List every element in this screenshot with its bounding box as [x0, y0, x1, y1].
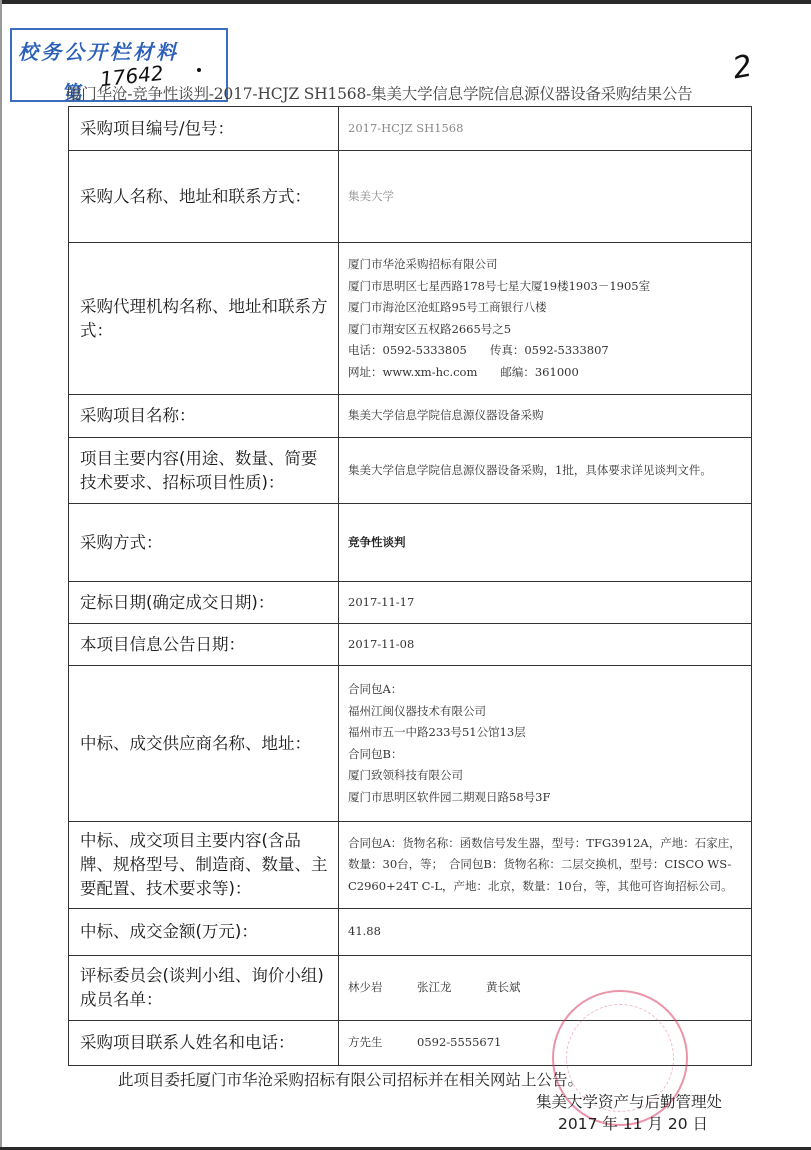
- agency-phone-fax: 电话：0592-5333805 传真：0592-5333807: [348, 340, 741, 362]
- package-b-label: 合同包B：: [348, 744, 741, 766]
- committee-members: 林少岩 张江龙 黄长斌: [339, 956, 752, 1021]
- agency-name: 厦门市华沧采购招标有限公司: [348, 254, 741, 276]
- handwritten-page-mark: 2: [730, 49, 755, 87]
- package-b-supplier: 厦门致领科技有限公司: [348, 765, 741, 787]
- package-a-supplier: 福州江闽仪器技术有限公司: [348, 701, 741, 723]
- project-number: 2017-HCJZ SH1568: [348, 121, 463, 135]
- purchaser-name: 集美大学: [348, 189, 394, 203]
- project-content: 集美大学信息学院信息源仪器设备采购，1批，具体要求详见谈判文件。: [339, 438, 752, 504]
- table-row: 采购代理机构名称、地址和联系方式： 厦门市华沧采购招标有限公司 厦门市思明区七星…: [69, 243, 752, 395]
- row-label: 评标委员会(谈判小组、询价小组)成员名单：: [69, 956, 339, 1021]
- table-row: 采购方式： 竞争性谈判: [69, 504, 752, 582]
- row-value: 集美大学: [339, 151, 752, 243]
- agency-details: 厦门市华沧采购招标有限公司 厦门市思明区七星西路178号七星大厦19楼1903－…: [339, 243, 752, 395]
- table-row: 采购人名称、地址和联系方式： 集美大学: [69, 151, 752, 243]
- table-row: 中标、成交供应商名称、地址： 合同包A： 福州江闽仪器技术有限公司 福州市五一中…: [69, 666, 752, 822]
- row-label: 采购代理机构名称、地址和联系方式：: [69, 243, 339, 395]
- row-label: 中标、成交项目主要内容(含品牌、规格型号、制造商、数量、主要配置、技术要求等)：: [69, 822, 339, 909]
- award-amount: 41.88: [339, 909, 752, 956]
- row-label: 项目主要内容(用途、数量、简要技术要求、招标项目性质)：: [69, 438, 339, 504]
- package-a-address: 福州市五一中路233号51公馆13层: [348, 722, 741, 744]
- document-title: 厦门华沧-竞争性谈判-2017-HCJZ SH1568-集美大学信息学院信息源仪…: [66, 82, 756, 104]
- package-a-label: 合同包A：: [348, 679, 741, 701]
- issue-date: 2017 年 11 月 20 日: [558, 1112, 708, 1134]
- scan-left-edge: [0, 0, 2, 1150]
- table-row: 评标委员会(谈判小组、询价小组)成员名单： 林少岩 张江龙 黄长斌: [69, 956, 752, 1021]
- stamp-dot: [197, 68, 201, 72]
- table-row: 中标、成交项目主要内容(含品牌、规格型号、制造商、数量、主要配置、技术要求等)：…: [69, 822, 752, 909]
- package-b-address: 厦门市思明区软件园二期观日路58号3F: [348, 787, 741, 809]
- issuing-organization: 集美大学资产与后勤管理处: [536, 1090, 722, 1112]
- procurement-method: 竞争性谈判: [348, 535, 406, 549]
- agency-address-1: 厦门市思明区七星西路178号七星大厦19楼1903－1905室: [348, 276, 741, 298]
- row-label: 采购项目编号/包号：: [69, 107, 339, 151]
- announcement-table: 采购项目编号/包号： 2017-HCJZ SH1568 采购人名称、地址和联系方…: [68, 106, 752, 1066]
- table-row: 本项目信息公告日期： 2017-11-08: [69, 624, 752, 666]
- table-row: 中标、成交金额(万元)： 41.88: [69, 909, 752, 956]
- row-label: 本项目信息公告日期：: [69, 624, 339, 666]
- agency-address-2: 厦门市海沧区沧虹路95号工商银行八楼: [348, 297, 741, 319]
- table-row: 定标日期(确定成交日期)： 2017-11-17: [69, 582, 752, 624]
- table-row: 采购项目联系人姓名和电话： 方先生 0592-5555671: [69, 1021, 752, 1066]
- row-value: 竞争性谈判: [339, 504, 752, 582]
- table-row: 采购项目名称： 集美大学信息学院信息源仪器设备采购: [69, 395, 752, 438]
- row-label: 中标、成交供应商名称、地址：: [69, 666, 339, 822]
- project-name: 集美大学信息学院信息源仪器设备采购: [339, 395, 752, 438]
- agency-web-postcode: 网址：www.xm-hc.com 邮编：361000: [348, 362, 741, 384]
- row-label: 采购项目名称：: [69, 395, 339, 438]
- supplier-details: 合同包A： 福州江闽仪器技术有限公司 福州市五一中路233号51公馆13层 合同…: [339, 666, 752, 822]
- row-label: 采购项目联系人姓名和电话：: [69, 1021, 339, 1066]
- footer-note: 此项目委托厦门市华沧采购招标有限公司招标并在相关网站上公告。: [118, 1068, 583, 1090]
- row-label: 定标日期(确定成交日期)：: [69, 582, 339, 624]
- row-label: 采购方式：: [69, 504, 339, 582]
- row-value: 2017-HCJZ SH1568: [339, 107, 752, 151]
- row-label: 中标、成交金额(万元)：: [69, 909, 339, 956]
- table-row: 采购项目编号/包号： 2017-HCJZ SH1568: [69, 107, 752, 151]
- agency-address-3: 厦门市翔安区五权路2665号之5: [348, 319, 741, 341]
- row-label: 采购人名称、地址和联系方式：: [69, 151, 339, 243]
- table-row: 项目主要内容(用途、数量、简要技术要求、招标项目性质)： 集美大学信息学院信息源…: [69, 438, 752, 504]
- scan-top-edge: [0, 0, 811, 4]
- announcement-date: 2017-11-08: [339, 624, 752, 666]
- awarded-items: 合同包A：货物名称：函数信号发生器，型号：TFG3912A，产地：石家庄，数量：…: [339, 822, 752, 909]
- contact-person: 方先生 0592-5555671: [339, 1021, 752, 1066]
- award-date: 2017-11-17: [339, 582, 752, 624]
